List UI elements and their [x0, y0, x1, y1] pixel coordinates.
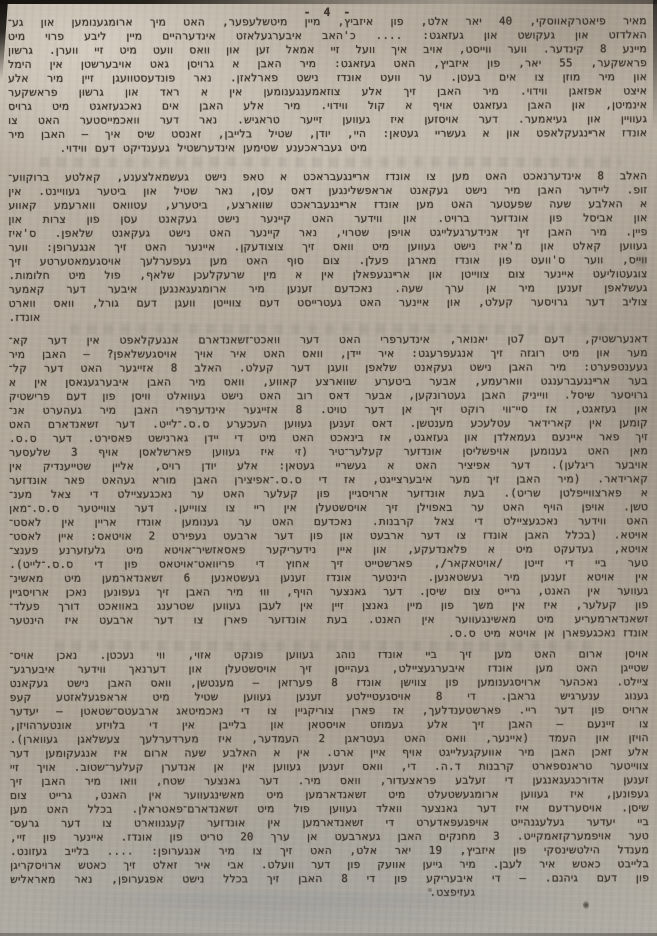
text-line: אונדז ארײנגעקלאפט און א געשריי געטאן: הי…: [8, 126, 647, 142]
ink-speck-artifact: [428, 888, 432, 892]
text-line: אונדז.: [9, 309, 648, 325]
scan-edge-left: [0, 0, 8, 80]
paper-streak-artifact: [30, 893, 590, 909]
text-line: מיט געבראכענע שטימען אינדערשטיל געענדיקט…: [8, 140, 647, 156]
text-line: פון דעם גיהנם. — די איבעריקע פון די 8 הא…: [10, 871, 649, 887]
scan-edge-top: [0, 0, 657, 4]
scan-edge-right: [653, 0, 657, 130]
paragraph: מאיר פיאטרקאווסקי, 40 יאר אלט, פון איזבי…: [8, 14, 647, 156]
paragraph: האלב 8 אינדערנאכט האט מען צו אונדז ארײנג…: [8, 169, 647, 325]
text-line: אונדז נאכגעפארן אן אויטא מיט ס.ס.: [9, 626, 648, 642]
paragraph: דאנערשטיק, דעם 7טן יאנואר, אינדערפרי האט…: [9, 332, 649, 642]
ink-speck-artifact: [583, 901, 589, 909]
text-body: מאיר פיאטרקאווסקי, 40 יאר אלט, פון איזבי…: [8, 14, 649, 901]
scanned-document-page: - 4 - מאיר פיאטרקאווסקי, 40 יאר אלט, פון…: [0, 0, 657, 936]
text-line: צוליב דער גרויסער קעלט, און איינער האט ג…: [9, 295, 648, 311]
paper-streak-artifact: [60, 912, 480, 922]
paper-stain-artifact: [636, 248, 646, 274]
paragraph: אויסן ארום האט מען זיך ביי אונדז נוהג גע…: [9, 647, 649, 901]
